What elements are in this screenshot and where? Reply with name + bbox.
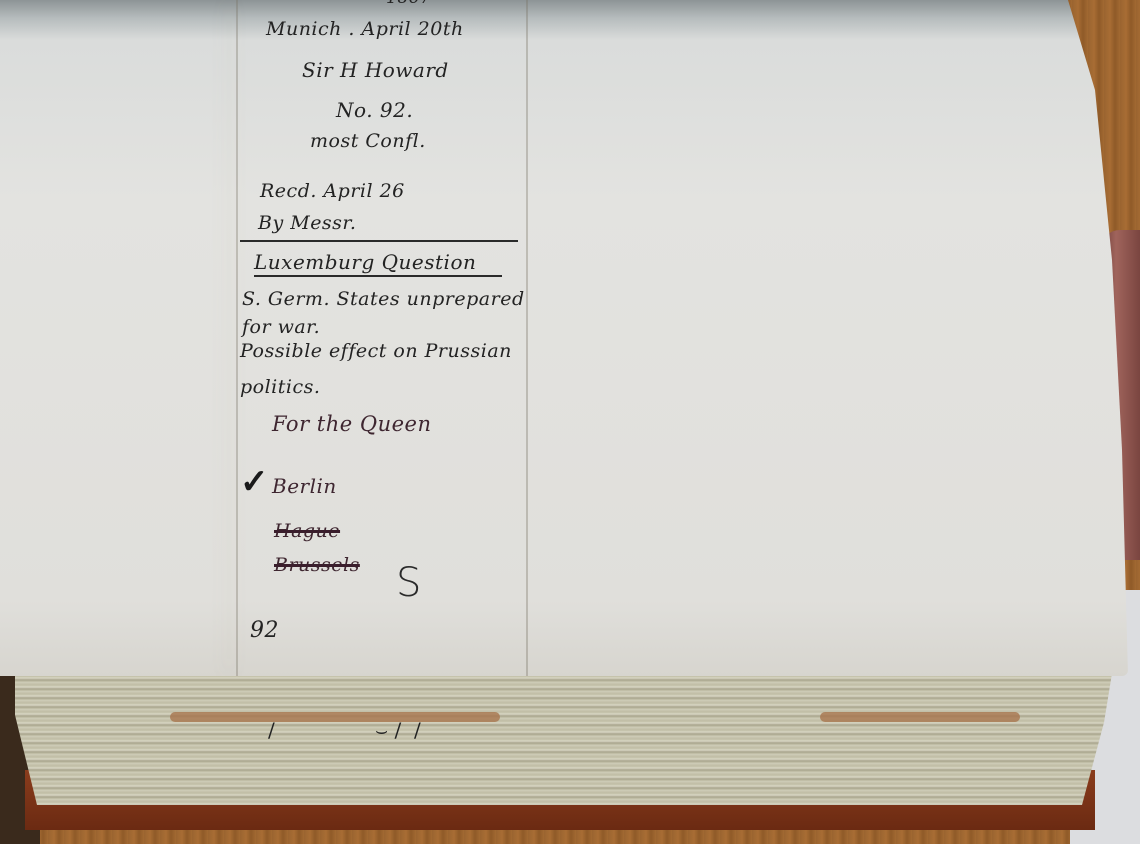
classification: most Confl.	[310, 130, 426, 152]
initial-s: S	[396, 560, 422, 606]
distribution-brussels-struck: Brussels	[274, 554, 360, 576]
summary-line: Possible effect on Prussian	[240, 340, 512, 362]
despatch-number: No. 92.	[336, 98, 413, 122]
minute-for-the-queen: For the Queen	[272, 412, 431, 436]
torn-page-edge	[820, 712, 1020, 722]
check-mark-icon: ✓	[240, 462, 269, 502]
page-stack-edges	[15, 655, 1115, 805]
edge-ink-mark: /	[268, 718, 275, 742]
edge-ink-mark: ⌣ / /	[375, 718, 421, 742]
summary-line: for war.	[242, 316, 320, 338]
received-date: Recd. April 26	[260, 180, 405, 202]
docket-panel: 1867 Munich . April 20th Sir H Howard No…	[236, 0, 528, 676]
document-page: 1867 Munich . April 20th Sir H Howard No…	[0, 0, 1128, 676]
subject-underline	[254, 275, 502, 277]
divider-rule	[240, 240, 518, 242]
distribution-berlin: Berlin	[272, 474, 337, 498]
place-date: Munich . April 20th	[266, 18, 464, 40]
subject-heading: Luxemburg Question	[254, 250, 476, 274]
distribution-hague-struck: Hague	[274, 520, 340, 542]
sender: Sir H Howard	[302, 58, 449, 82]
summary-line: politics.	[240, 376, 320, 398]
torn-page-edge	[170, 712, 500, 722]
year: 1867	[386, 0, 431, 8]
delivery-method: By Messr.	[258, 212, 356, 234]
summary-line: S. Germ. States unprepared	[242, 288, 525, 310]
folio-number: 92	[250, 618, 279, 643]
